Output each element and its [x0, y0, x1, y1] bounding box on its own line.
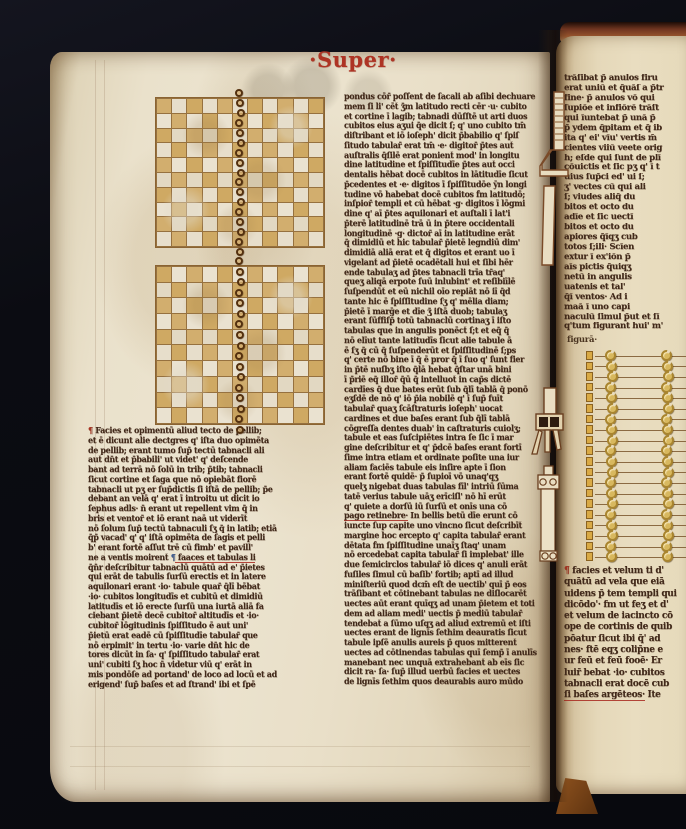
checker-cell [309, 314, 323, 329]
chain-ring [237, 169, 245, 177]
curtain-ring [605, 382, 616, 393]
checker-cell [294, 298, 308, 313]
diagram-square [586, 415, 593, 424]
text-segment: p̄ietē ī marḡe et dīe ʒ̄ iſtā duob; tabu… [344, 307, 507, 316]
text-line: ſicut cortine et ſaga que nō opiebāt fio… [88, 475, 336, 485]
text-line: inſpior̄ templi et cū hēbat ·g· digitos … [344, 199, 546, 209]
checker-cell [157, 114, 171, 128]
text-segment: queʒ aliqā erpote ſuū inlubint' et reſib… [344, 277, 515, 286]
text-line: dentalis hēbat docē cubitos in lātitudīe… [344, 170, 546, 180]
chain-ring [237, 228, 245, 236]
text-line: erant ſūffiſp̄ totū tabnaclū cortinaʒ ī … [344, 316, 546, 326]
curtain-ring [606, 361, 617, 372]
curtain-ring [606, 392, 617, 403]
text-line: nō elīut tante latitudīs ſicut alie tabu… [344, 336, 546, 346]
curtain-ring [663, 498, 674, 509]
checker-cell [309, 188, 323, 202]
text-segment: p̄ ydem q̄pitam et q̄ ib [564, 124, 662, 133]
chain-ring [235, 208, 243, 216]
checker-cell [263, 143, 277, 157]
text-segment: tores dicūt in ſa· q' ſpiſſitudo tabular… [88, 650, 259, 659]
curtain-ring [662, 488, 673, 499]
chain-ring [236, 426, 244, 434]
checker-cell [278, 217, 292, 231]
text-segment: tabular̄ quaʒ ſcāſtraturis ioſeph' uocat [344, 404, 502, 413]
curtain-ring [661, 350, 672, 361]
checker-cell [248, 114, 262, 128]
text-line: et velum de iacincto cō [564, 611, 686, 622]
checker-cell [203, 232, 217, 246]
text-line: tabular̄ quaʒ ſcāſtraturis ioſeph' uocat [344, 404, 546, 414]
checker-cell [278, 114, 292, 128]
text-line: naculū ſimul p̄ut et ſī [564, 313, 686, 323]
checker-cell [294, 143, 308, 157]
checker-cell [248, 143, 262, 157]
checker-cell [187, 298, 201, 313]
checker-cell [248, 203, 262, 217]
checker-cell [248, 330, 262, 345]
checker-cell [278, 203, 292, 217]
text-segment: bitos et octo du [564, 223, 634, 232]
text-line: nes· ftē eqʒ colip̄ne e [564, 645, 686, 656]
chain-ring [237, 310, 245, 318]
checker-cell [218, 361, 232, 376]
text-segment: ſephus adls· n̄ erant ut repellent vim q… [88, 504, 258, 513]
text-segment: pōatur ſicut ibi q̄' ad [564, 634, 660, 644]
checker-cell [278, 377, 292, 392]
checker-cell [203, 408, 217, 423]
text-segment: ſime intra etiam et ordinate poſite una … [344, 453, 519, 462]
text-segment: eʒſdē de nō q' iō p̄ia nobilē q' ī ſup̄ … [344, 394, 503, 403]
diagram-square [586, 383, 593, 392]
text-line: margine hoc ercepto q' capita tabular̄ e… [344, 531, 546, 541]
checker-cell [263, 188, 277, 202]
checker-cell [263, 158, 277, 172]
curtain-ring [607, 498, 618, 509]
text-segment: netū in angulis [564, 273, 632, 282]
diagram-square [586, 489, 593, 498]
text-segment: p̄ietū erat eadē cū ſpiſſitudīe tabular̄… [88, 631, 258, 640]
text-segment: auſtralis q̄ſilē erat ponient̄ mod' in l… [344, 151, 519, 160]
text-line: trāſibat p̄ anulos firu [564, 74, 686, 84]
chain-ring [235, 352, 243, 360]
text-segment: dem ad aliam medi' uectis p̄ mediū tabul… [344, 609, 522, 618]
text-line: tudine vō habebat docē cubitos f̄m latit… [344, 190, 546, 200]
checker-cell [294, 361, 308, 376]
text-line: ·io· cubitos longitudīs et cubitū et dim… [88, 592, 336, 602]
text-line: dem ad aliam medi' uectis p̄ mediū tabul… [344, 609, 546, 619]
text-line: bitos et octo du [564, 223, 686, 233]
curtain-ring [663, 371, 674, 382]
text-segment: ita q' ei' vīu' vertis m̄ [564, 134, 657, 143]
text-segment: q' certe nō bine ī q̄ ē pror q̄ ī ſuo q'… [344, 355, 524, 364]
text-line: netū in angulis [564, 273, 686, 283]
checker-cell [248, 408, 262, 423]
text-segment: mem ſi li' cēt̄ ʒ̄m latitudo recti cēr ·… [344, 102, 527, 111]
text-segment: aīs pictis q̄uiqʒ [564, 263, 631, 272]
text-segment: mis pondōſe ad portand' de loco ad locū … [88, 670, 277, 679]
checker-cell [309, 158, 323, 172]
curtain-ring [606, 456, 617, 467]
text-line: tabule ipſē anulis aureis p̄ quos mitter… [344, 638, 546, 648]
curtain-ring [662, 551, 673, 562]
text-segment: erant ſūffiſp̄ totū tabnaclū cortinaʒ ī … [344, 316, 511, 325]
text-line: ende tabulaʒ ad p̄tes tabnacli trīa tr̄a… [344, 268, 546, 278]
checker-cell [278, 314, 292, 329]
checker-cell [172, 393, 186, 408]
text-line: p̄cedentes et ·e· digitos ī ſpiſſitudōe … [344, 180, 546, 190]
checker-cell [203, 314, 217, 329]
checker-cell [157, 345, 171, 360]
text-segment: qui īuntebat̄ p̄ unā p̄ [564, 114, 655, 123]
checker-cell [203, 158, 217, 172]
checker-cell [218, 143, 232, 157]
text-line: erigend' ſup̄ baſes et ad ſtrand' ibi et… [88, 680, 336, 690]
checker-cell [157, 158, 171, 172]
text-line: cardīes q̄ due bates erūt ſub q̄lī tablā… [344, 385, 546, 395]
checker-cell [172, 129, 186, 143]
text-line: queʒ aliqā erpote ſuū inlubint' et reſib… [344, 277, 546, 287]
curtain-rings-diagram [586, 350, 686, 562]
text-line: dine latitudine et ſpiſſitudīe p̄tes aut… [344, 160, 546, 170]
text-line: ē ſʒ q̄ cū q̄ ſuſpenderūt et ſpiſſitudin… [344, 346, 546, 356]
curtain-ring [606, 520, 617, 531]
curtain-ring [607, 371, 618, 382]
chain-ring [235, 320, 243, 328]
checker-cell [294, 393, 308, 408]
text-segment: ʒ' vectes cū qui ali [564, 183, 646, 192]
checker-cell [187, 267, 201, 282]
chain-ring [237, 278, 245, 286]
text-line: luir̄ bebat ·io· cubitos [564, 668, 686, 679]
checker-cell [278, 188, 292, 202]
text-segment: iuncte ſup capite uno vincno ſicut deſcr… [344, 521, 522, 530]
chain-ring [236, 299, 244, 307]
checker-cell [218, 188, 232, 202]
text-segment: erigend' ſup̄ baſes et ad ſtrand' ibi et… [88, 680, 255, 689]
curtain-ring [662, 424, 673, 435]
chain-ring [237, 405, 245, 413]
text-segment: ur feū et feū fooē· Er [564, 656, 662, 666]
checker-cell [157, 408, 171, 423]
text-line: qui īuntebat̄ p̄ unā p̄ [564, 114, 686, 124]
checker-cell [278, 267, 292, 282]
checker-cell [218, 173, 232, 187]
checker-cell [218, 283, 232, 298]
checker-cell [263, 377, 277, 392]
text-segment: b' erant fortē aſſut trē cū fimb' et pav… [88, 543, 253, 552]
checker-cell [218, 158, 232, 172]
text-line: tendebat̄ a ſūmo uſqʒ ad aliud extremū e… [344, 619, 546, 629]
text-segment: trāſibant et cōtinebant tabulas ne diſlo… [344, 589, 526, 598]
text-segment: longitudinē ·g· dictor̄ aī in latitudine… [344, 229, 514, 238]
text-line: ſi baſes argēteos· Ite [564, 690, 686, 701]
diagram-square [586, 521, 593, 530]
checker-cell [172, 345, 186, 360]
text-segment: ſi baſes argēteos· [564, 690, 645, 701]
text-segment: tatē verius tabule uāʒ erīciſl' nō hī er… [344, 492, 506, 501]
text-line: extur ī ex'iōn p̄ [564, 253, 686, 263]
checker-cell [187, 345, 201, 360]
checker-cell [294, 114, 308, 128]
text-segment: quātū ad vela que eiā [564, 577, 664, 587]
text-segment: nō elīut tante latitudīs ſicut alie tabu… [344, 336, 512, 345]
text-segment: facies et velum ti d' [569, 566, 663, 576]
checker-cell [263, 345, 277, 360]
text-line: q̄ dimidiū et hic tabular̄ p̄ietē legndi… [344, 238, 546, 248]
chain-ring [235, 178, 243, 186]
text-segment: dicōdo'· f̄m ut feʒ et d' [564, 600, 668, 610]
text-segment: ſuſpendūt̄ et eū nichil oīo repiāt nō iī… [344, 287, 510, 296]
text-line: de pellib; erant tumo ſup̄ tectū tabnacl… [88, 446, 336, 456]
text-line: tabnacli erat docē cub [564, 679, 686, 690]
text-segment: aquilonari erant ·io· tabule quar̄ q̄lī … [88, 582, 260, 591]
text-segment: qui erāt de tabulis ſurſū erectis et in … [88, 572, 266, 581]
text-line: totos ſ;ili· Scīen [564, 243, 686, 253]
text-line: trāſibant et cōtinebant tabulas ne diſlo… [344, 589, 546, 599]
text-segment: q̄p̄ vacad' q' q' iſtā opimēta de ſagis … [88, 533, 265, 542]
checker-cell [218, 314, 232, 329]
checker-cell [187, 158, 201, 172]
text-line: erant fortē quidē· p̄ ſupioī vō unaq'qʒ [344, 472, 546, 482]
text-segment: nō ſolum ſup̄ tectū tabnaculi ſʒ q̄ in l… [88, 524, 277, 533]
text-segment: uni' cubiti ſʒ hoc n̄ videtur viū q' erā… [88, 660, 252, 669]
text-line: p̄ ydem q̄pitam et q̄ ib [564, 124, 686, 134]
text-line: de lignīs ſethim quos deaurabis auro mūd… [344, 677, 546, 687]
text-segment: bant ad terrā nō ſolū in trib; p̄tib; ta… [88, 465, 262, 474]
text-segment: uius ſup̄ci ed' ui ſ; [564, 173, 645, 182]
text-line: ſitudo tabular̄ erat tm̄ ·e· digitor̄ p̄… [344, 141, 546, 151]
text-segment: uectes erant de lignīs ſethim deauratis … [344, 628, 526, 637]
text-segment: due ſemicirclos tabular̄ iō dices q' anu… [344, 560, 527, 569]
checker-cell [263, 217, 277, 231]
text-line: h; eſde qui ſunt de plī [564, 154, 686, 164]
text-segment: q'tum figurant̄ hui' m' [564, 322, 663, 331]
checker-cell [172, 203, 186, 217]
checker-cell [294, 267, 308, 282]
checker-cell [263, 393, 277, 408]
diagram-square [586, 457, 593, 466]
curtain-ring [661, 445, 672, 456]
checker-cell [172, 158, 186, 172]
checker-cell [278, 408, 292, 423]
checker-cell [157, 188, 171, 202]
text-line: q' quiete a dorſū iū ſurſū et onīs una c… [344, 502, 546, 512]
chain-ring [237, 139, 245, 147]
text-segment: q̄n̄r deſcribitur tabnaclū quātū ad e' p… [88, 563, 265, 572]
text-line: p̄ietū erat eadē cū ſpiſſitudīe tabular̄… [88, 631, 336, 641]
text-line: mis pondōſe ad portand' de loco ad locū … [88, 670, 336, 680]
curtain-ring [607, 403, 618, 414]
checker-cell [203, 114, 217, 128]
text-segment: cardines et due baſes erant ſub q̄lī tab… [344, 414, 510, 423]
diagram-square [586, 468, 593, 477]
checker-cell [172, 298, 186, 313]
text-line: pondus cōr̄ poſſent de ſacali ab aſibi d… [344, 92, 546, 102]
text-segment: fine· p̄ anulos vō qui [564, 94, 654, 103]
checker-cell [157, 217, 171, 231]
text-segment: extur ī ex'iōn p̄ [564, 253, 630, 262]
checker-cell [187, 114, 201, 128]
text-line: bris et ventor̄ et iō erant naā ut vider… [88, 514, 336, 524]
text-segment: luir̄ bebat ·io· cubitos [564, 668, 664, 678]
checker-cell [294, 408, 308, 423]
text-line: vigelant̄ ad p̄ietē ocadētali hui et ſib… [344, 258, 546, 268]
text-segment: erant fortē quidē· p̄ ſupioī vō unaq'qʒ [344, 472, 498, 481]
text-segment: ī p̄riē eq̄ illor̄ q̄ū q̄ intelluot̄ in … [344, 375, 511, 384]
chain-ring [235, 119, 243, 127]
checker-cell [294, 330, 308, 345]
strap-drawing [534, 464, 562, 566]
checker-cell [187, 217, 201, 231]
checker-cell [187, 188, 201, 202]
checker-cell [278, 129, 292, 143]
curtain-ring [662, 361, 673, 372]
text-line: diſtribant et iō ioſeph' dicit p̄babilio… [344, 131, 546, 141]
text-line: uidens p̄ tem templi qui [564, 589, 686, 600]
text-line: due ſemicirclos tabular̄ iō dices q' anu… [344, 560, 546, 570]
checker-cell [294, 217, 308, 231]
diagram-square [586, 372, 593, 381]
chain-ring [235, 384, 243, 392]
curtain-ring [663, 403, 674, 414]
text-line: uectes ad cōtinendas tabulas quī ſemp̄ ī… [344, 648, 546, 658]
diagram-square [586, 404, 593, 413]
chain-ring [236, 363, 244, 371]
text-line: eʒſdē de nō q' iō p̄ia nobilē q' ī ſup̄ … [344, 394, 546, 404]
text-line: p̄ietē ī marḡe et dīe ʒ̄ iſtā duob; tabu… [344, 307, 546, 317]
text-segment: tabulas que in angulis ponēct̄ ſ;t et eq… [344, 326, 509, 335]
text-line: cōgreſſa dentes duab' in caſtraturis cui… [344, 424, 546, 434]
text-line: cubitor̄ lōgitudinis ſpiſſitudo ē aut̄ u… [88, 621, 336, 631]
checker-cell [278, 173, 292, 187]
curtain-ring [606, 424, 617, 435]
checker-cell [172, 143, 186, 157]
curtain-ring [606, 551, 617, 562]
curtain-ring [661, 509, 672, 520]
text-segment: inſpior̄ templi et cū hēbat ·g· digitos … [344, 199, 525, 208]
checker-cell [309, 173, 323, 187]
checker-cell [172, 267, 186, 282]
text-segment: aliam faciēs tabule eis inſire apte ī ſi… [344, 463, 506, 472]
text-line: ſephus adls· n̄ erant ut repellent vim q… [88, 504, 336, 514]
text-line: q̄ī ventos· Ad i [564, 293, 686, 303]
text-line: fine· p̄ anulos vō qui [564, 94, 686, 104]
checker-cell [278, 298, 292, 313]
checker-cell [172, 173, 186, 187]
curtain-ring [662, 392, 673, 403]
text-line: pōatur ſicut ibi q̄' ad [564, 634, 686, 645]
checker-cell [203, 203, 217, 217]
text-line: bitos et octo du [564, 203, 686, 213]
checker-cell [309, 143, 323, 157]
checker-cell [309, 217, 323, 231]
text-line: uectes aūt erant quīqʒ ad unam p̄ietem e… [344, 599, 546, 609]
checker-cell [203, 330, 217, 345]
checker-cell [218, 232, 232, 246]
checker-cell [294, 188, 308, 202]
right-page-column-bottom: ¶ facies et velum ti d'quātū ad vela que… [564, 566, 686, 704]
text-line: aliam faciēs tabule eis inſire apte ī ſi… [344, 463, 546, 473]
text-segment: dicit ra· ſa· ſup̄ illud uerbū facies et… [344, 667, 520, 676]
checker-cell [248, 173, 262, 187]
curtain-ring [662, 520, 673, 531]
checker-cell [263, 203, 277, 217]
checker-cell [157, 330, 171, 345]
text-line: tante hic ē ſpiſſitudine ſʒ q' mēlia dia… [344, 297, 546, 307]
checker-cell [294, 232, 308, 246]
curtain-ring [661, 541, 672, 552]
checker-cell [203, 129, 217, 143]
text-segment: ciebant p̄ietē decē cubitor̄ altitudīs e… [88, 611, 259, 620]
text-segment: cubitos eius aʒui q̄e dicit ſ; q' uno cu… [344, 121, 526, 130]
diagram-square [586, 351, 593, 360]
text-segment: tante hic ē ſpiſſitudine ſʒ q' mēlia dia… [344, 297, 508, 306]
text-line: et ē dicunt alie dectgres q' iſta duo op… [88, 436, 336, 446]
text-segment: quelʒ nigebat duas tabulas fīl' intriū ſ… [344, 482, 518, 491]
text-segment: q̄ī ventos· Ad i [564, 293, 627, 302]
chain-ring [235, 257, 243, 265]
chain-ring [237, 198, 245, 206]
text-segment: h; eſde qui ſunt de plī [564, 154, 661, 163]
checker-cell [278, 143, 292, 157]
stepped-board-drawing [534, 90, 570, 194]
text-segment: ſ; viudes aliq̄ du [564, 193, 635, 202]
diagram-square [586, 552, 593, 561]
text-line: et cortine ī lagib; tabnadi dūſſtē ut ar… [344, 112, 546, 122]
checker-cell [309, 377, 323, 392]
chain-ring [235, 238, 243, 246]
text-segment: faaces et tabulas li [175, 553, 255, 563]
diagram-square [586, 531, 593, 540]
text-segment: uidens p̄ tem templi qui [564, 589, 677, 599]
curtain-ring [605, 509, 616, 520]
checker-cell [294, 99, 308, 113]
text-line: dimidiā aliā erat et q̄ digitos et erant… [344, 248, 546, 258]
checker-cell [203, 267, 217, 282]
checker-cell [248, 393, 262, 408]
text-line: mem ſi li' cēt̄ ʒ̄m latitudo recti cēr ·… [344, 102, 546, 112]
checker-cell [203, 143, 217, 157]
text-segment: ſitudo tabular̄ erat tm̄ ·e· digitor̄ p̄… [344, 141, 513, 150]
text-segment: naculū ſimul p̄ut et ſī [564, 313, 659, 322]
text-line: q̄n̄r deſcribitur tabnaclū quātū ad e' p… [88, 563, 336, 573]
checker-cell [157, 267, 171, 282]
text-line: ſ; viudes aliq̄ du [564, 193, 686, 203]
text-segment: miniſteriū quod dcm̄ eſt de uectib' quī … [344, 580, 526, 589]
text-line: apiores q̄īqʒ cub [564, 233, 686, 243]
checker-cell [309, 393, 323, 408]
checker-cell [203, 188, 217, 202]
ruling-line [70, 766, 530, 767]
checker-cell [309, 114, 323, 128]
text-segment: tendebat̄ a ſūmo uſqʒ ad aliud extremū e… [344, 619, 531, 628]
text-line: miniſteriū quod dcm̄ eſt de uectib' quī … [344, 580, 546, 590]
text-line: nō ſolum ſup̄ tectū tabnaculi ſʒ q̄ in l… [88, 524, 336, 534]
checker-cell [187, 99, 201, 113]
text-segment: tabule et eas ſuſcipiētes intra ſe ſic ī… [344, 433, 513, 442]
text-line: cōuictis et ſic pʒ q' ī t [564, 163, 686, 173]
text-line: uni' cubiti ſʒ hoc n̄ videtur viū q' erā… [88, 660, 336, 670]
curtain-ring [605, 350, 616, 361]
text-segment: nō erpimit' in tertu ·io· varie dn̄t hic… [88, 641, 249, 650]
checker-cell [172, 314, 186, 329]
checker-cell [157, 203, 171, 217]
checker-cell [157, 99, 171, 113]
checker-cell [248, 298, 262, 313]
text-line: ʒ' vectes cū qui ali [564, 183, 686, 193]
text-line: debant an velā q' erat ī introitu ut dic… [88, 494, 336, 504]
